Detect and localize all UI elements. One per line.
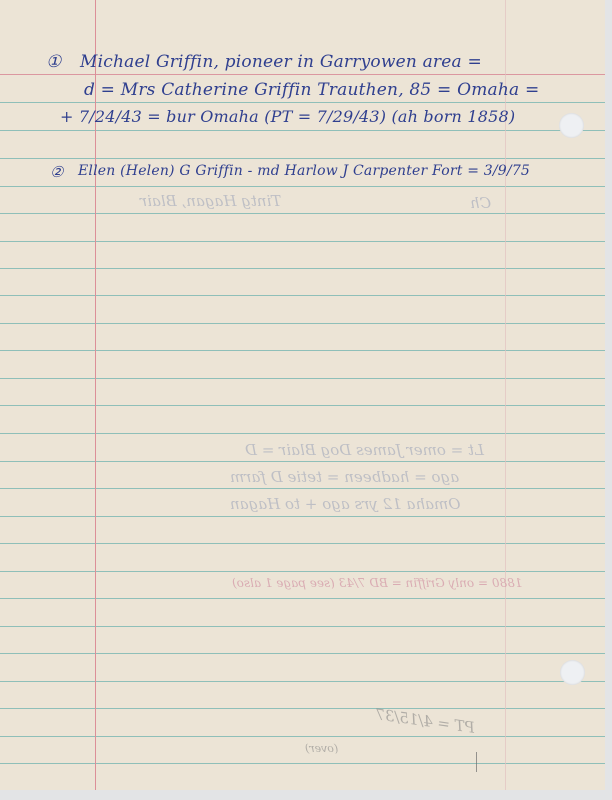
rule-line <box>0 405 605 406</box>
rule-line <box>0 130 605 131</box>
entry-2-line-1: Ellen (Helen) G Griffin - md Harlow J Ca… <box>78 163 530 179</box>
rule-line <box>0 186 605 187</box>
notebook-page: Tintg Hagan, Blair Ch Lt = omer James Do… <box>0 0 605 790</box>
entry-1-line-1: Michael Griffin, pioneer in Garryowen ar… <box>80 52 482 72</box>
rule-line <box>0 102 605 103</box>
punch-hole-top <box>559 113 584 138</box>
show-through-text: Ch <box>470 194 491 212</box>
rule-line <box>0 461 605 462</box>
rule-line <box>0 158 605 159</box>
show-through-pencil-note: (over) <box>305 742 338 755</box>
rule-line <box>0 598 605 599</box>
rule-line <box>0 736 605 737</box>
rule-line <box>0 763 605 764</box>
rule-line <box>0 378 605 379</box>
rule-line <box>0 323 605 324</box>
rule-line <box>0 350 605 351</box>
entry-1-line-2: d = Mrs Catherine Griffin Trauthen, 85 =… <box>84 80 539 100</box>
entry-1-number: ① <box>46 52 61 72</box>
rule-line <box>0 516 605 517</box>
rule-line <box>0 653 605 654</box>
entry-2-number: ② <box>50 163 64 181</box>
show-through-pencil-note: PT = 4/15/37 <box>374 705 476 737</box>
rule-line <box>0 543 605 544</box>
rule-line <box>0 571 605 572</box>
rule-line <box>0 708 605 709</box>
show-through-text: ago = hadbeen = tetie D farm <box>230 468 459 486</box>
show-through-text: 1880 = only Griffin = BD 7/43 (see page … <box>232 576 522 590</box>
rule-line <box>0 626 605 627</box>
rule-line <box>0 488 605 489</box>
rule-line <box>0 295 605 296</box>
pencil-mark <box>476 752 477 772</box>
rule-line <box>0 681 605 682</box>
entry-1-line-3: + 7/24/43 = bur Omaha (PT = 7/29/43) (ah… <box>60 107 515 126</box>
rule-line <box>0 268 605 269</box>
show-through-text: Omaha 12 yrs ago + to Hagan <box>230 495 461 513</box>
rule-line <box>0 213 605 214</box>
show-through-text: Lt = omer James Dog Blair = D <box>245 441 484 459</box>
rule-line <box>0 433 605 434</box>
show-through-text: Tintg Hagan, Blair <box>140 192 281 210</box>
rule-line <box>0 241 605 242</box>
punch-hole-bottom <box>560 660 585 685</box>
top-red-rule <box>0 74 605 75</box>
